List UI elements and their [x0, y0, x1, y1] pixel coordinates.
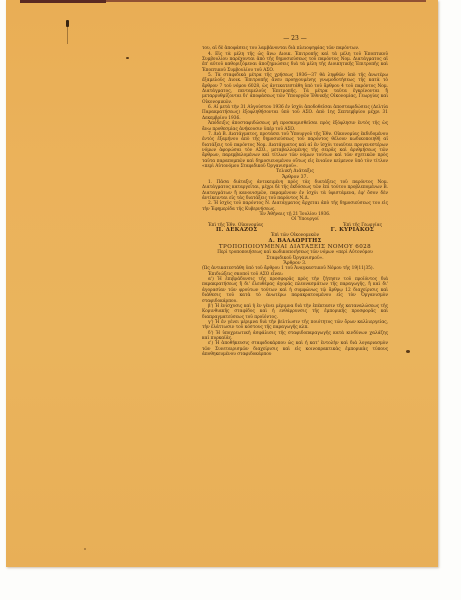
page-number: — 23 —: [202, 36, 388, 41]
paper-torn-edge: [20, 0, 106, 3]
signatory-name: Γ. ΚΥΡΙΑΚΟΣ: [331, 228, 374, 233]
paragraph: 6. Αἱ μετὰ τὴν 31 Αὐγούστου 1936 ἐν ἰσχύ…: [202, 105, 388, 121]
paragraph: 1. Πᾶσα διάταξις ἀντικειμένη πρὸς τὰς δι…: [202, 180, 388, 201]
article-3-note: (Ὡς ἀντικατεστάθη ὑπὸ τοῦ ἄρθρου 1 τοῦ Ἀ…: [202, 266, 388, 271]
paragraph: 2. Ἡ ἰσχὺς τοῦ παρόντος Ν. Διατάγματος ἄ…: [202, 201, 388, 212]
paragraph: Ἀπόδειξις ἀποσταφιδώσεως μὴ προσκομισθεῖ…: [202, 121, 388, 132]
list-item: α') Ἡ ἐπιβράδυνσις τῆς προσφορᾶς πρὸς τὴ…: [202, 277, 388, 304]
paragraph: 4. Εἰς τὰ μέλη τῆς ὡς ἄνω Διοικ. Ἐπιτροπ…: [202, 52, 388, 73]
paper-speck: [406, 350, 410, 353]
list-item: ε') Ἡ ἀποθήκευσις σταφιδοκάρπου ὡς καὶ ἡ…: [202, 341, 388, 357]
paragraph: 5. Τὰ σταφιδικὰ μέτρα τῆς χρήσεως 1936—3…: [202, 73, 388, 105]
paper-speck: [126, 57, 129, 59]
ink-trail: [67, 27, 68, 44]
paper-top-edge: [106, 0, 426, 2]
paper-speck: [84, 548, 86, 550]
signatory-name: Π. ΔΕΚΑΖΟΣ: [216, 228, 257, 233]
text-column: — 23 — του, αἱ δὲ ἀποφάσεις του λαμβάνον…: [202, 36, 388, 357]
list-item: β') Ἡ ἐνίσχυσις καὶ ἡ ἐν γένει μέριμνα δ…: [202, 304, 388, 320]
list-item: δ') Ἡ ὑποχρεωτικὴ ἀσφάλισις τῆς σταφιδοπ…: [202, 331, 388, 342]
section-subtitle: Περὶ τροποποιήσεως καὶ κωδικοποιήσεως τῶ…: [202, 250, 388, 261]
paragraph: 7. Διὰ Β. Διατάγματος, προτάσει τοῦ Ὑπου…: [202, 132, 388, 169]
list-item: γ') Ἡ ἐν γένει μέριμνα διὰ τὴν βελτίωσιν…: [202, 320, 388, 331]
ink-mark: [66, 20, 69, 27]
